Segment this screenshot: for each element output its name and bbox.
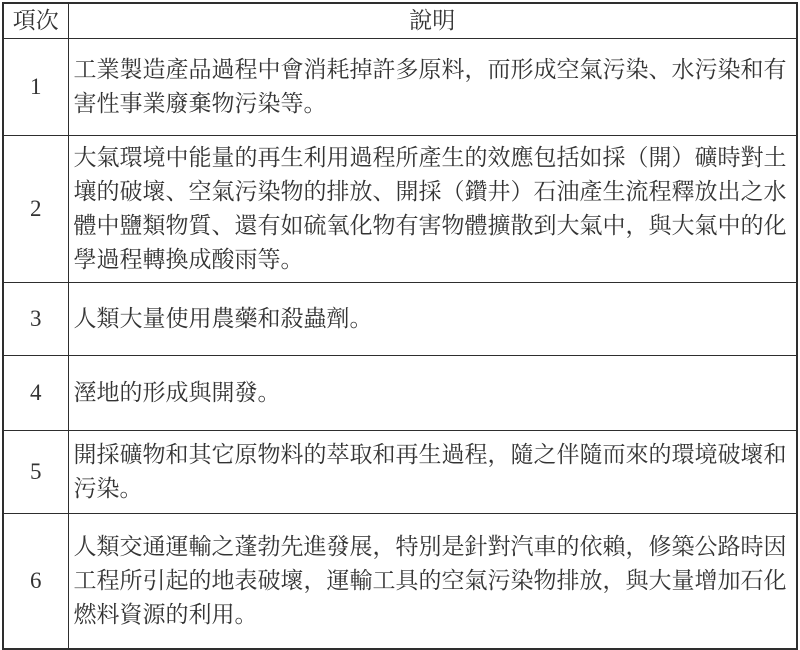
- description-cell: 開採礦物和其它原物料的萃取和再生過程，隨之伴隨而來的環境破壞和污染。: [68, 431, 797, 514]
- item-number-cell: 5: [3, 431, 68, 514]
- table-row: 3 人類大量使用農藥和殺蟲劑。: [3, 283, 797, 356]
- description-cell: 工業製造產品過程中會消耗掉許多原料，而形成空氣污染、水污染和有害性事業廢棄物污染…: [68, 39, 797, 136]
- description-cell: 人類交通運輸之蓬勃先進發展，特別是針對汽車的依賴，修築公路時因工程所引起的地表破…: [68, 514, 797, 649]
- description-cell: 人類大量使用農藥和殺蟲劑。: [68, 283, 797, 356]
- table-header-row: 項次 說明: [3, 3, 797, 39]
- table-row: 6 人類交通運輸之蓬勃先進發展，特別是針對汽車的依賴，修築公路時因工程所引起的地…: [3, 514, 797, 649]
- description-cell: 大氣環境中能量的再生利用過程所產生的效應包括如採（開）礦時對土壤的破壞、空氣污染…: [68, 136, 797, 283]
- environment-impact-table: 項次 說明 1 工業製造產品過程中會消耗掉許多原料，而形成空氣污染、水污染和有害…: [2, 2, 798, 650]
- table-row: 2 大氣環境中能量的再生利用過程所產生的效應包括如採（開）礦時對土壤的破壞、空氣…: [3, 136, 797, 283]
- item-number-cell: 1: [3, 39, 68, 136]
- table-row: 4 溼地的形成與開發。: [3, 356, 797, 431]
- item-number-cell: 6: [3, 514, 68, 649]
- column-header-description: 說明: [68, 3, 797, 39]
- table-row: 1 工業製造產品過程中會消耗掉許多原料，而形成空氣污染、水污染和有害性事業廢棄物…: [3, 39, 797, 136]
- item-number-cell: 2: [3, 136, 68, 283]
- item-number-cell: 3: [3, 283, 68, 356]
- column-header-item-number: 項次: [3, 3, 68, 39]
- table-row: 5 開採礦物和其它原物料的萃取和再生過程，隨之伴隨而來的環境破壞和污染。: [3, 431, 797, 514]
- description-cell: 溼地的形成與開發。: [68, 356, 797, 431]
- item-number-cell: 4: [3, 356, 68, 431]
- document-page: 項次 說明 1 工業製造產品過程中會消耗掉許多原料，而形成空氣污染、水污染和有害…: [0, 0, 800, 647]
